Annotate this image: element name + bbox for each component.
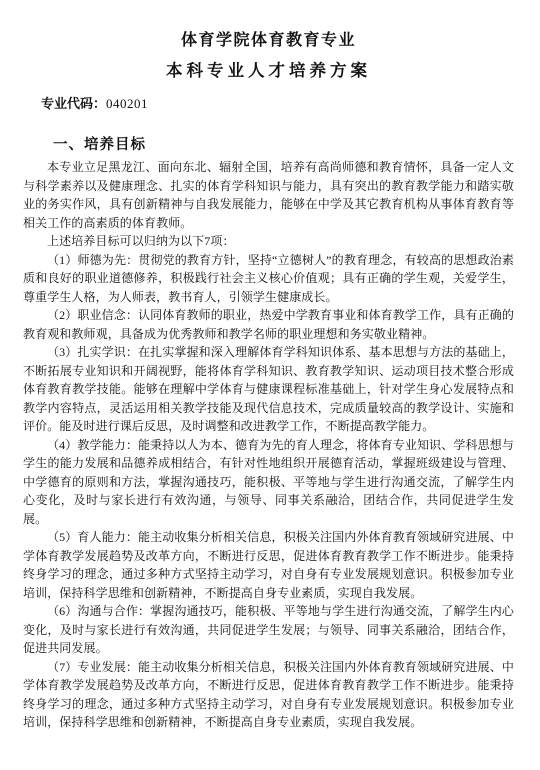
objectives-lead-in-line: 上述培养目标可以归纳为以下7项：	[23, 232, 514, 251]
section-heading-training-objectives: 一、培养目标	[23, 136, 514, 154]
objective-item-6-communication-cooperation: （6）沟通与合作：掌握沟通技巧，能积极、平等地与学生进行沟通交流，了解学生内心变…	[23, 602, 514, 658]
objective-item-5-educating-ability: （5）育人能力：能主动收集分析相关信息，积极关注国内外体育教育领域研究进展、中学…	[23, 528, 514, 602]
objective-item-3-solid-knowledge: （3）扎实学识：在扎实掌握和深入理解体育学科知识体系、基本思想与方法的基础上，不…	[23, 343, 514, 436]
objective-item-7-professional-development: （7）专业发展：能主动收集分析相关信息，积极关注国内外体育教育领域研究进展、中学…	[23, 658, 514, 732]
training-objectives-intro-paragraph: 本专业立足黑龙江、面向东北、辐射全国，培养有高尚师德和教育情怀，具备一定人文与科…	[23, 158, 514, 232]
document-page: 体育学院体育教育专业 本科专业人才培养方案 专业代码：040201 一、培养目标…	[0, 0, 540, 770]
major-code-line: 专业代码：040201	[41, 96, 514, 112]
objective-item-1-teacher-ethics: （1）师德为先：贯彻党的教育方针，坚持“立德树人”的教育理念，有较高的思想政治素…	[23, 251, 514, 307]
major-code-label: 专业代码：	[41, 96, 106, 111]
document-title-line2: 本科专业人才培养方案	[23, 60, 514, 82]
document-title-line1: 体育学院体育教育专业	[23, 30, 514, 52]
major-code-value: 040201	[106, 96, 148, 111]
objective-item-2-professional-belief: （2）职业信念：认同体育教师的职业，热爱中学教育事业和体育教学工作，具有正确的教…	[23, 306, 514, 343]
objective-item-4-teaching-ability: （4）教学能力：能秉持以人为本、德育为先的育人理念，将体育专业知识、学科思想与学…	[23, 436, 514, 529]
